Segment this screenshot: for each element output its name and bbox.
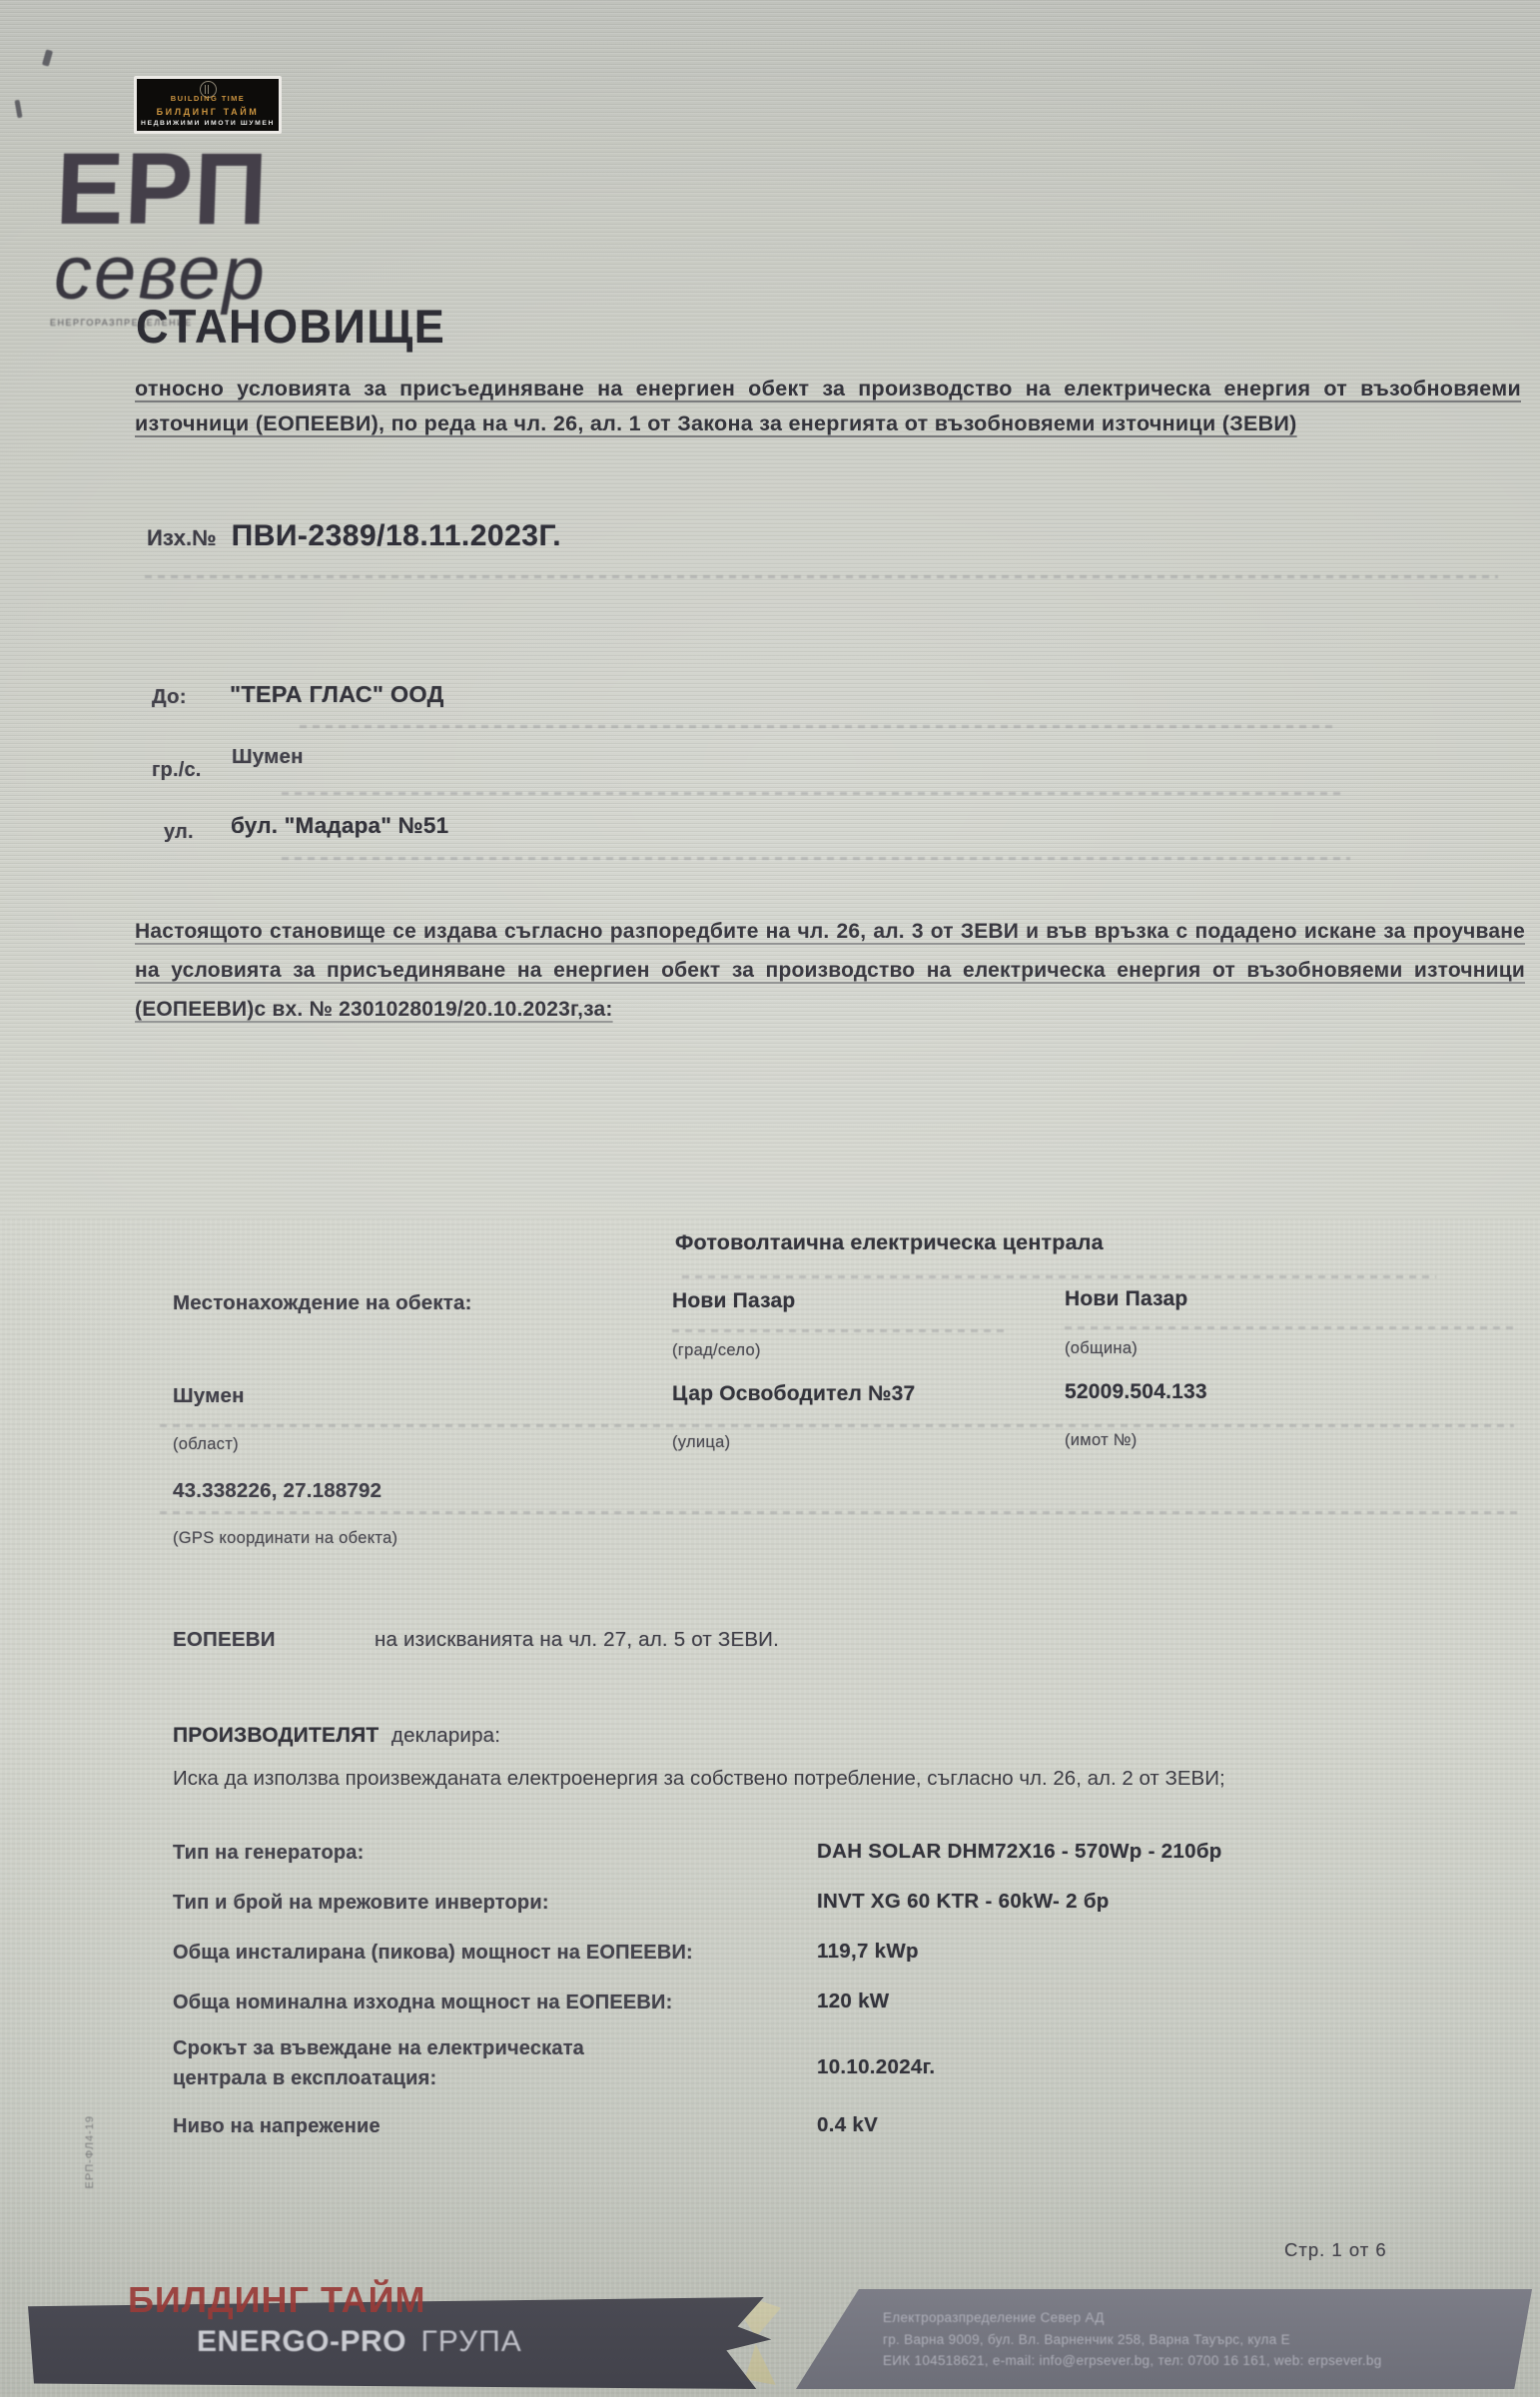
spec-voltage-label: Ниво на напрежение (173, 2115, 381, 2138)
spec-peak-power-label: Обща инсталирана (пикова) мощност на ЕОП… (173, 1942, 693, 1965)
agency-badge: BUILDING TIME БИЛДИНГ ТАЙМ НЕДВИЖИМИ ИМО… (134, 76, 282, 134)
facility-city-caption: (град/село) (672, 1341, 761, 1360)
underline-smudge (145, 575, 1498, 578)
facility-street-caption: (улица) (672, 1433, 730, 1452)
spec-nominal-power-value: 120 kW (817, 1990, 889, 2013)
declaration-heading-strong: ПРОИЗВОДИТЕЛЯТ (173, 1724, 379, 1747)
footer-banner-brand: ENERGO-PRO ГРУПА (197, 2325, 522, 2359)
underline-smudge (682, 1275, 1436, 1278)
reference-number: ПВИ-2389/18.11.2023Г. (232, 519, 561, 553)
spec-generator-value: DAH SOLAR DHM72X16 - 570Wp - 210бр (817, 1840, 1222, 1864)
reference-label: Изх.№ (147, 525, 217, 551)
underline-smudge (1065, 1326, 1514, 1329)
facility-plot-caption: (имот №) (1065, 1431, 1138, 1450)
facility-region-value: Шумен (173, 1384, 245, 1408)
erp-logo: ЕРП (54, 138, 270, 240)
agency-subtitle: НЕДВИЖИМИ ИМОТИ ШУМЕН (141, 120, 275, 127)
compliance-text: на изискванията на чл. 27, ал. 5 от ЗЕВИ… (375, 1628, 779, 1652)
footer-company-address: гр. Варна 9009, бул. Вл. Варненчик 258, … (883, 2329, 1502, 2351)
facility-city-value: Нови Пазар (672, 1289, 795, 1313)
spec-commissioning-label: Срокът за въвеждане на електрическата це… (173, 2033, 602, 2093)
recipient-name: "ТЕРА ГЛАС" ООД (230, 681, 444, 708)
facility-gps-caption: (GPS координати на обекта) (173, 1529, 397, 1548)
facility-region-caption: (област) (173, 1435, 239, 1454)
recipient-street-label: ул. (164, 821, 194, 844)
page-number: Стр. 1 от 6 (1284, 2239, 1387, 2261)
intro-paragraph: Настоящото становище се издава съгласно … (135, 912, 1525, 1029)
footer-company-name: Електроразпределение Север АД (883, 2307, 1502, 2329)
facility-street-value: Цар Освободител №37 (672, 1382, 915, 1406)
spec-nominal-power-label: Обща номинална изходна мощност на ЕОПЕЕВ… (173, 1992, 673, 2014)
margin-form-code: ЕРП-ФЛ4-19 (84, 2115, 96, 2188)
recipient-to-label: До: (152, 685, 187, 709)
underline-smudge (672, 1329, 1007, 1332)
facility-municipality-caption: (община) (1065, 1339, 1138, 1358)
energo-pro-group: ГРУПА (420, 2325, 521, 2358)
declaration-text: Иска да използва произвежданата електрое… (173, 1764, 1521, 1794)
underline-smudge (282, 857, 1350, 860)
facility-municipality-value: Нови Пазар (1065, 1287, 1187, 1311)
facility-heading: Фотоволтаична електрическа централа (675, 1230, 1104, 1255)
footer-company-contacts: ЕИК 104518621, e-mail: info@erpsever.bg,… (883, 2350, 1502, 2372)
facility-plot-value: 52009.504.133 (1065, 1380, 1207, 1404)
underline-smudge (160, 1511, 1518, 1514)
agency-watermark: БИЛДИНГ ТАЙМ (128, 2279, 426, 2321)
reference-line: Изх.№ ПВИ-2389/18.11.2023Г. (147, 519, 561, 553)
spec-voltage-value: 0.4 kV (817, 2113, 878, 2137)
recipient-city: Шумен (232, 745, 304, 769)
spec-commissioning-value: 10.10.2024г. (817, 2055, 935, 2079)
underline-smudge (282, 792, 1340, 795)
scan-speck (42, 49, 53, 66)
facility-location-label: Местонахождение на обекта: (173, 1291, 472, 1315)
spec-inverters-value: INVT XG 60 KTR - 60kW- 2 бр (817, 1890, 1110, 1914)
recipient-city-label: гр./с. (152, 759, 202, 782)
spec-peak-power-value: 119,7 kWp (817, 1940, 919, 1964)
agency-name-en: BUILDING TIME (171, 94, 245, 103)
underline-smudge (160, 1424, 1514, 1427)
underline-smudge (300, 725, 1338, 728)
document-subject: относно условията за присъединяване на е… (135, 372, 1521, 440)
facility-gps-value: 43.338226, 27.188792 (173, 1479, 382, 1503)
declaration-heading-rest: декларира: (391, 1724, 500, 1747)
spec-inverters-label: Тип и брой на мрежовите инвертори: (173, 1892, 549, 1915)
scanned-document-page: BUILDING TIME БИЛДИНГ ТАЙМ НЕДВИЖИМИ ИМО… (0, 0, 1540, 2397)
declaration-heading: ПРОИЗВОДИТЕЛЯТ декларира: (173, 1724, 500, 1748)
document-title: СТАНОВИЩЕ (136, 300, 445, 355)
spec-generator-label: Тип на генератора: (173, 1842, 365, 1865)
agency-name-bg: БИЛДИНГ ТАЙМ (157, 107, 260, 117)
recipient-street: бул. "Мадара" №51 (231, 813, 448, 839)
scan-speck (14, 100, 22, 119)
compliance-term: ЕОПЕЕВИ (173, 1628, 276, 1652)
footer-company-info: Електроразпределение Север АД гр. Варна … (883, 2307, 1502, 2372)
energo-pro-brand: ENERGO-PRO (197, 2325, 406, 2358)
